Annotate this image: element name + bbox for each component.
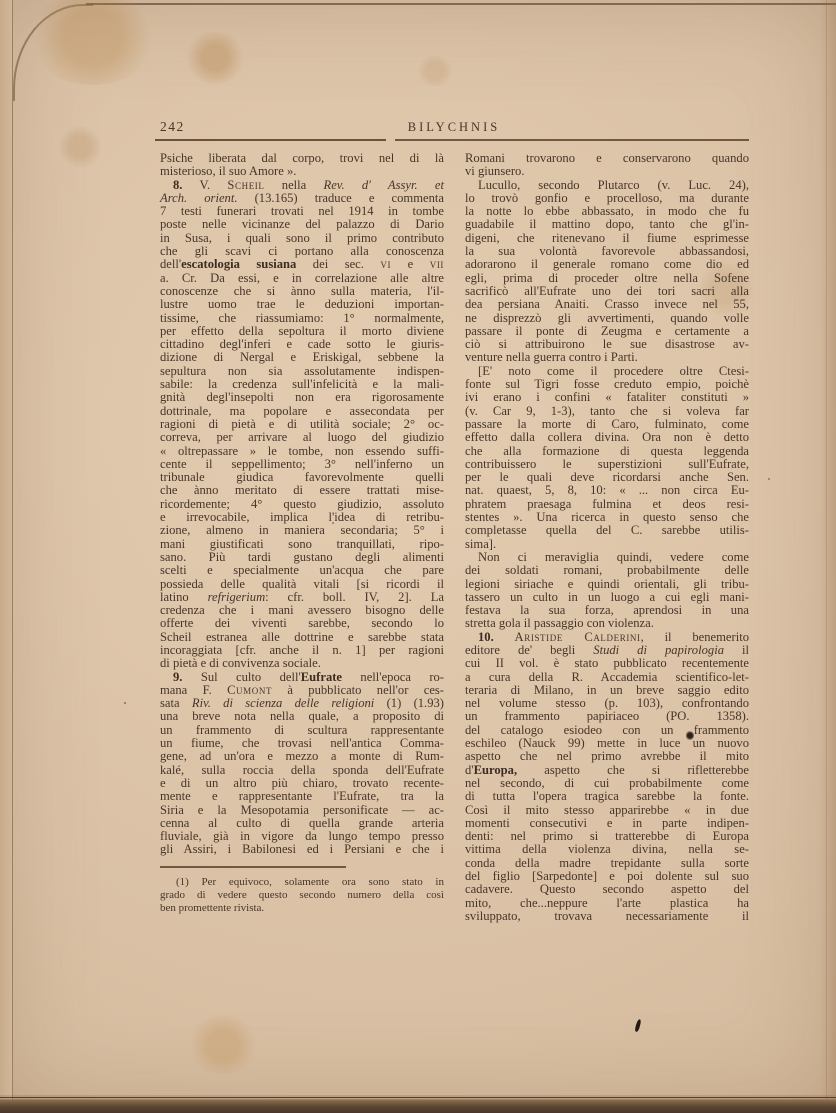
text-line: sabile: la credenza sull'infelicità e la… <box>160 378 444 391</box>
text-line: Non ci meraviglia quindi, vedere come <box>465 551 749 564</box>
text-line: dottrinale, ma popolare e assecondata pe… <box>160 405 444 418</box>
text-line: Lucullo, secondo Plutarco (v. Luc. 24), <box>465 179 749 192</box>
text-line: cittadino degl'inferi e cade sotto le gi… <box>160 338 444 351</box>
text-line: ivi erano i confini « fataliter constitu… <box>465 391 749 404</box>
foxing-stain <box>58 126 102 168</box>
text-line: sviluppato, trovava necessariamente il <box>465 910 749 923</box>
text-line: ben promettente rivista. <box>160 902 444 915</box>
text-line: possieda delle qualità vitali [si ricord… <box>160 578 444 591</box>
text-line: Scheil estranea alle dottrine e sarebbe … <box>160 631 444 644</box>
text-line: poste nelle vicinanze del palazzo di Dar… <box>160 218 444 231</box>
text-line: correva, per arrivare al luogo del giudi… <box>160 431 444 444</box>
text-line: gli Assiri, i Babilonesi ed i Persiani e… <box>160 843 444 856</box>
text-line: passare il ponte di Zeugma e certamente … <box>465 325 749 338</box>
text-line: grado di vedere questo secondo numero de… <box>160 889 444 902</box>
text-line: 7 testi funerari trovati nel 1914 in tom… <box>160 205 444 218</box>
text-line: editore de' begli Studi di papirologia i… <box>465 644 749 657</box>
text-line: fluviale, già in vigore da lungo tempo p… <box>160 830 444 843</box>
text-line: scelti e specialmente un'acqua che pare <box>160 564 444 577</box>
ink-speck <box>124 702 126 704</box>
text-line: gene, ad un'ora e mezzo a monte di Rum- <box>160 750 444 763</box>
text-line: mente e rappresentante l'Eufrate, tra la <box>160 790 444 803</box>
text-line: mito, che...neppure l'arte plastica ha <box>465 897 749 910</box>
foxing-stain <box>416 56 454 86</box>
footnote-rule <box>160 866 346 868</box>
text-line: effetto dalla collera divina. Ora non è … <box>465 431 749 444</box>
text-line: Arch. orient. (13.165) traduce e comment… <box>160 192 444 205</box>
text-line: un frammento di scultura rappresentante <box>160 724 444 737</box>
text-line: fonte sul Tigri fosse creduto empio, poi… <box>465 378 749 391</box>
text-line: (v. Car 9, 1-3), tanto che si voleva far <box>465 405 749 418</box>
foxing-stain <box>186 1016 260 1074</box>
text-line: tribunale giudica favorevolmente quelli <box>160 471 444 484</box>
text-line: dell'escatologia susiana dei sec. vi e v… <box>160 258 444 271</box>
text-line: kalé, sulla roccia della sponda dell'Euf… <box>160 764 444 777</box>
text-line: guadabile il mattino dopo, tanto che gl'… <box>465 218 749 231</box>
journal-title: BILYCHNIS <box>160 120 748 135</box>
text-line: stentes ». Una ricerca in questo senso c… <box>465 511 749 524</box>
page-right-edge-line <box>826 0 827 1113</box>
text-line: ragioni di pietà e di utilità sociale; 2… <box>160 418 444 431</box>
text-line: nel volume stesso (p. 103), confrontando <box>465 697 749 710</box>
text-line: sepultura non sia assolutamente indispen… <box>160 365 444 378</box>
text-line: conoscenze che si ànno sulla materia, l'… <box>160 285 444 298</box>
text-line: la notte lo ebbe abbassato, in modo che … <box>465 205 749 218</box>
text-line: un frammento papiriaceo (PO. 1358). <box>465 710 749 723</box>
ink-speck <box>768 478 770 480</box>
text-line: misterioso, il suo Amore ». <box>160 165 444 178</box>
text-line: sano. Più tardi gustano degli alimenti <box>160 551 444 564</box>
text-line: gnità degl'insepolti non era rigorosamen… <box>160 391 444 404</box>
text-line: che gli scavi ci portano alla conoscenza <box>160 245 444 258</box>
text-line: che ànno meritato di essere trattati mis… <box>160 484 444 497</box>
paragraph: Psiche liberata dal corpo, trovi nel di … <box>160 152 444 179</box>
text-line: una breve nota nella quale, a proposito … <box>160 710 444 723</box>
page-top-edge <box>86 3 836 5</box>
text-line: 9. Sul culto dell'Eufrate nell'epoca ro- <box>160 671 444 684</box>
text-line: Romani trovarono e conservarono quando <box>465 152 749 165</box>
text-line: eschileo (Nauck 99) mette in luce un nuo… <box>465 737 749 750</box>
text-line: momenti consecutivi e in parte indipen- <box>465 817 749 830</box>
text-line: di tutta l'opera tragica sarebbe la font… <box>465 790 749 803</box>
paragraph: 10. Aristide Calderini, il benemeritoedi… <box>465 631 749 924</box>
text-line: Così il mito stesso apparirebbe « in due <box>465 804 749 817</box>
text-line: adorarono il generale romano come dio ed <box>465 258 749 271</box>
text-line: denti: nel primo si tratterebbe di Europ… <box>465 830 749 843</box>
book-page-scan: 242 BILYCHNIS Psiche liberata dal corpo,… <box>0 0 836 1113</box>
text-line: sima]. <box>465 538 749 551</box>
text-line: Psiche liberata dal corpo, trovi nel di … <box>160 152 444 165</box>
text-line: (1) Per equivoco, solamente ora sono sta… <box>160 876 444 889</box>
text-line: dei soldati romani, probabilmente delle <box>465 564 749 577</box>
text-line: Siria e la Mesopotamia personificate — a… <box>160 804 444 817</box>
paragraph: 9. Sul culto dell'Eufrate nell'epoca ro-… <box>160 671 444 857</box>
text-line: lo trovò gonfio e procelloso, ma durante <box>465 192 749 205</box>
text-line: vittima della violenza divina, nella se- <box>465 843 749 856</box>
text-line: venture nella guerra contro i Parti. <box>465 351 749 364</box>
pen-mark <box>634 1019 641 1033</box>
paragraph: (1) Per equivoco, solamente ora sono sta… <box>160 876 444 915</box>
footnote: (1) Per equivoco, solamente ora sono sta… <box>160 876 444 915</box>
text-line: contribuissero le superstizioni sull'Euf… <box>465 458 749 471</box>
text-line: tissime, che riassumiamo: 1° normalmente… <box>160 312 444 325</box>
text-line: cenna al culto di quella grande arteria <box>160 817 444 830</box>
text-line: nel secondo, di cui probabilmente come <box>465 777 749 790</box>
paragraph: Lucullo, secondo Plutarco (v. Luc. 24),l… <box>465 179 749 365</box>
text-line: ne disprezzò gli avvertimenti, quando vo… <box>465 312 749 325</box>
text-line: legioni siriache e quindi orientali, gli… <box>465 578 749 591</box>
text-line: e irrevocabile, implica l'idea di retrib… <box>160 511 444 524</box>
text-line: del catalogo esiodeo con un frammento <box>465 724 749 737</box>
text-line: a cura della R. Accademia scientifico-le… <box>465 671 749 684</box>
text-line: e di un altro più chiaro, trovato recent… <box>160 777 444 790</box>
text-line: ciò si attribuirono le sue disastrose av… <box>465 338 749 351</box>
paragraph: [E' noto come il procedere oltre Ctesi-f… <box>465 365 749 551</box>
text-line: completasse quella del C. sarebbe utilis… <box>465 524 749 537</box>
text-line: « oltrepassare » le tombe, non essendo s… <box>160 445 444 458</box>
text-line: cui II vol. è stato pubblicato recenteme… <box>465 657 749 670</box>
text-line: cadavere. Questo secondo aspetto del <box>465 883 749 896</box>
text-line: festava la sua forza, aprendosi in una <box>465 604 749 617</box>
text-line: di pietà e di convivenza sociale. <box>160 657 444 670</box>
text-line: cente il seppellimento; 3° nell'inferno … <box>160 458 444 471</box>
text-line: ricordemente; 4° questo giudizio, assolu… <box>160 498 444 511</box>
text-line: che alla formazione di questa leggenda <box>465 445 749 458</box>
paragraph: Non ci meraviglia quindi, vedere comedei… <box>465 551 749 631</box>
text-line: sata Riv. di scienza delle religioni (1)… <box>160 697 444 710</box>
text-line: un fiume, che trovasi nell'antica Comma- <box>160 737 444 750</box>
text-line: del figlio [Sarpedonte] e poi dolente su… <box>465 870 749 883</box>
page-corner-curve <box>13 4 93 101</box>
text-line: dizione di Nergal e Eriskigal, sebbene l… <box>160 351 444 364</box>
text-line: 10. Aristide Calderini, il benemerito <box>465 631 749 644</box>
text-line: offerte dei viventi sarebbe, secondo lo <box>160 617 444 630</box>
text-line: aspetto che nel primo avrebbe il mito <box>465 750 749 763</box>
text-line: conda della madre trepidante sulla sorte <box>465 857 749 870</box>
text-line: mani giustificati sono tranquillati, rip… <box>160 538 444 551</box>
text-line: 8. V. Scheil nella Rev. d' Assyr. et <box>160 179 444 192</box>
page-bottom-edge <box>0 1097 836 1113</box>
text-line: zione, almeno in maniera secondaria; 5° … <box>160 524 444 537</box>
text-line: latino refrigerium: cfr. boll. IV, 2]. L… <box>160 591 444 604</box>
text-line: d'Europa, aspetto che si rifletterebbe <box>465 764 749 777</box>
text-line: la sua volontà favorevole abbassandosi, <box>465 245 749 258</box>
left-column: Psiche liberata dal corpo, trovi nel di … <box>160 152 444 857</box>
header-rule <box>155 139 749 141</box>
text-line: teraria di Milano, in un breve saggio ed… <box>465 684 749 697</box>
text-line: a. Cr. Da essi, e in correlazione alle a… <box>160 272 444 285</box>
text-line: per effetto della sepoltura il morto div… <box>160 325 444 338</box>
text-line: lustre uomo trae le deduzioni importan- <box>160 298 444 311</box>
text-line: credenza che i mani avessero bisogno del… <box>160 604 444 617</box>
text-line: egli, prima di proceder oltre nella Sofe… <box>465 272 749 285</box>
paragraph: Romani trovarono e conservarono quandovi… <box>465 152 749 179</box>
text-line: incoraggiata [cfr. anche il n. 1] per ra… <box>160 644 444 657</box>
text-line: vi giunsero. <box>465 165 749 178</box>
text-line: in Susa, i quali sono il primo contribut… <box>160 232 444 245</box>
text-line: per le quali deve ricordarsi anche Sen. <box>465 471 749 484</box>
text-line: [E' noto come il procedere oltre Ctesi- <box>465 365 749 378</box>
text-line: digeni, che ritenevano il fiume esprimes… <box>465 232 749 245</box>
text-line: tassero un culto in un luogo a cui egli … <box>465 591 749 604</box>
text-line: phratem praesaga fulmina et deos resi- <box>465 498 749 511</box>
foxing-stain <box>183 32 247 84</box>
paragraph: 8. V. Scheil nella Rev. d' Assyr. etArch… <box>160 179 444 671</box>
page-right-edge <box>820 0 836 1113</box>
text-line: stretta gola il passaggio con violenza. <box>465 617 749 630</box>
text-line: nat. quaest, 5, 8, 10: « ... non circa E… <box>465 484 749 497</box>
text-line: sacrificò all'Eufrate uno dei tori sacri… <box>465 285 749 298</box>
text-line: dea persiana Anaiti. Crasso invece nel 5… <box>465 298 749 311</box>
text-line: passare la morte di Caro, fulminato, com… <box>465 418 749 431</box>
page-left-edge <box>0 0 13 1113</box>
right-column: Romani trovarono e conservarono quandovi… <box>465 152 749 923</box>
text-line: mana F. Cumont à pubblicato nell'or ces- <box>160 684 444 697</box>
